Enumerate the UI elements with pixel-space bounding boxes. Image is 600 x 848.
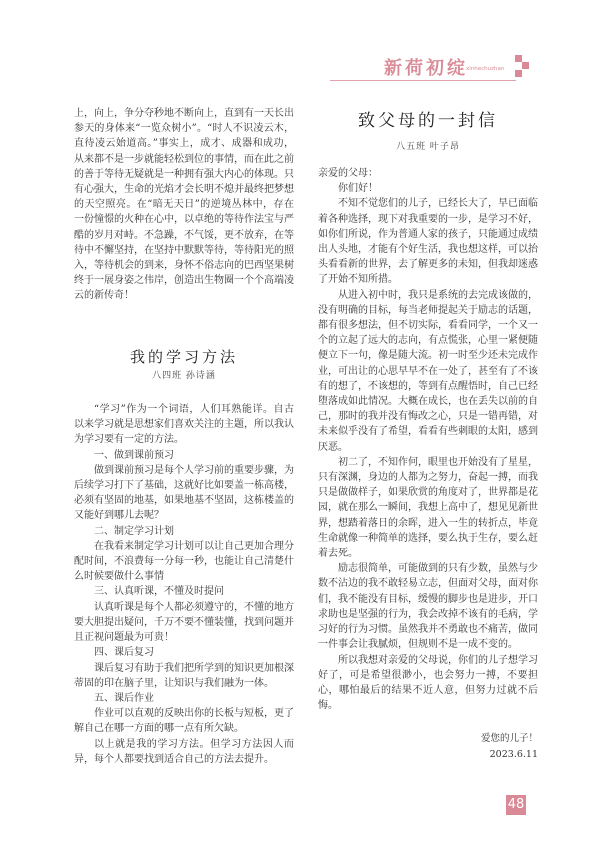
section-heading: 五、课后作业: [74, 691, 294, 706]
article-title-letter: 致父母的一封信: [318, 106, 538, 131]
article-author: 八五班 叶子昂: [318, 139, 538, 152]
right-column: 亲爱的父母： 你们好！ 不知不觉您们的儿子，已经长大了，早已面临着各种选择，现下…: [318, 166, 538, 762]
paragraph: “学习”作为一个词语，人们耳熟能详。自古以来学习就是思想家们喜欢关注的主题，所以…: [74, 402, 294, 448]
left-column: 上，向上，争分夺秒地不断向上，直到有一天长出参天的身体来“一览众树小”。“时人不…: [74, 106, 294, 767]
header-rule: [330, 80, 516, 81]
article-author: 八四班 孙诗涵: [74, 369, 294, 384]
article-body: “学习”作为一个词语，人们耳熟能详。自古以来学习就是思想家们喜欢关注的主题，所以…: [74, 402, 294, 767]
paragraph: 认真听课是每个人都必须遵守的，不懂的地方要大胆提出疑问，千万不要不懂装懂，找到问…: [74, 600, 294, 646]
paragraph: 初二了，不知作何，眼里也开始没有了星星，只有深渊，身边的人都为之努力，奋起一搏，…: [318, 455, 538, 561]
paragraph: 从进入初中时，我只是系统的去完成该做的，没有明确的目标，每当老师提起关于励志的话…: [318, 288, 538, 455]
letter-header: 致父母的一封信 八五班 叶子昂: [318, 106, 538, 152]
paragraph: 励志很简单，可能做到的只有少数，虽然与少数不沾边的我不敢轻易立志，但面对父母，面…: [318, 561, 538, 652]
greeting: 你们好！: [318, 181, 538, 196]
paragraph: 以上就是我的学习方法。但学习方法因人而异，每个人都要找到适合自己的方法去提升。: [74, 737, 294, 767]
page-number: 48: [506, 795, 526, 815]
decor-square-icon: [515, 55, 522, 62]
section-subtitle: xinhechuzhan: [466, 66, 504, 72]
paragraph: 在我看来制定学习计划可以让自己更加合理分配时间，不浪费每一分每一秒，也能让自己清…: [74, 539, 294, 585]
letter-body: 不知不觉您们的儿子，已经长大了，早已面临着各种选择，现下对我重要的一步，是学习不…: [318, 196, 538, 713]
signature: 爱您的儿子！: [318, 731, 538, 746]
section-heading: 三、认真听课，不懂及时提问: [74, 584, 294, 599]
section-heading: 一、做到课前预习: [74, 448, 294, 463]
section-title: 新荷初绽: [384, 54, 468, 80]
paragraph: 作业可以直观的反映出你的长板与短板，更了解自己在哪一方面的哪一点有所欠缺。: [74, 706, 294, 736]
section-heading: 四、课后复习: [74, 645, 294, 660]
decor-square-icon: [522, 62, 529, 69]
decor-square-icon: [515, 70, 522, 77]
paragraph: 不知不觉您们的儿子，已经长大了，早已面临着各种选择，现下对我重要的一步，是学习不…: [318, 196, 538, 287]
section-heading: 二、制定学习计划: [74, 524, 294, 539]
salutation: 亲爱的父母：: [318, 166, 538, 181]
date: 2023.6.11: [318, 747, 538, 762]
paragraph: 做到课前预习是每个人学习前的重要步骤，为后续学习打下了基础，这就好比如要盖一栋高…: [74, 463, 294, 524]
paragraph: 所以我想对亲爱的父母说，你们的儿子想学习好了，可是希望很渺小，也会努力一搏，不要…: [318, 653, 538, 714]
paragraph: 课后复习有助于我们把所学到的知识更加根深蒂固的印在脑子里，让知识与我们融为一体。: [74, 661, 294, 691]
continued-paragraph: 上，向上，争分夺秒地不断向上，直到有一天长出参天的身体来“一览众树小”。“时人不…: [74, 106, 294, 304]
article-title-study-method: 我的学习方法: [74, 350, 294, 365]
